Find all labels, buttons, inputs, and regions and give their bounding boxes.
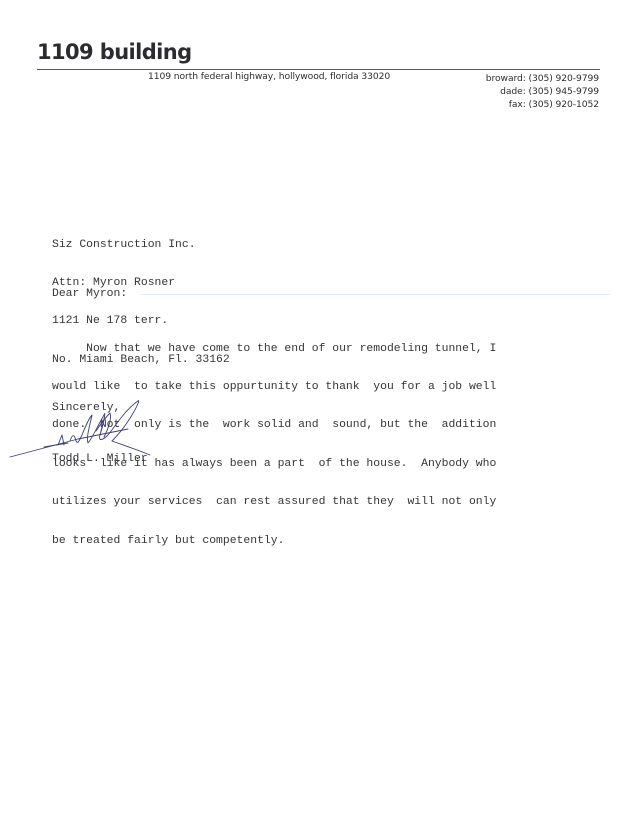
- company-phones: broward: (305) 920-9799 dade: (305) 945-…: [486, 72, 599, 111]
- body-line: would like to take this oppurtunity to t…: [52, 381, 496, 394]
- body-line: Now that we have come to the end of our …: [52, 343, 496, 356]
- phone-broward: broward: (305) 920-9799: [486, 72, 599, 85]
- signer-name: Todd L. Miller: [52, 453, 148, 466]
- letterhead-divider: [37, 69, 600, 70]
- salutation: Dear Myron:: [52, 288, 127, 301]
- phone-fax: fax: (305) 920-1052: [486, 98, 599, 111]
- recipient-line: Siz Construction Inc.: [52, 239, 230, 252]
- body-line: be treated fairly but competently.: [52, 535, 496, 548]
- scan-artifact-line: [140, 294, 610, 295]
- phone-dade: dade: (305) 945-9799: [486, 85, 599, 98]
- company-address: 1109 north federal highway, hollywood, f…: [148, 72, 390, 81]
- company-name: 1109 building: [37, 42, 192, 63]
- body-line: utilizes your services can rest assured …: [52, 496, 496, 509]
